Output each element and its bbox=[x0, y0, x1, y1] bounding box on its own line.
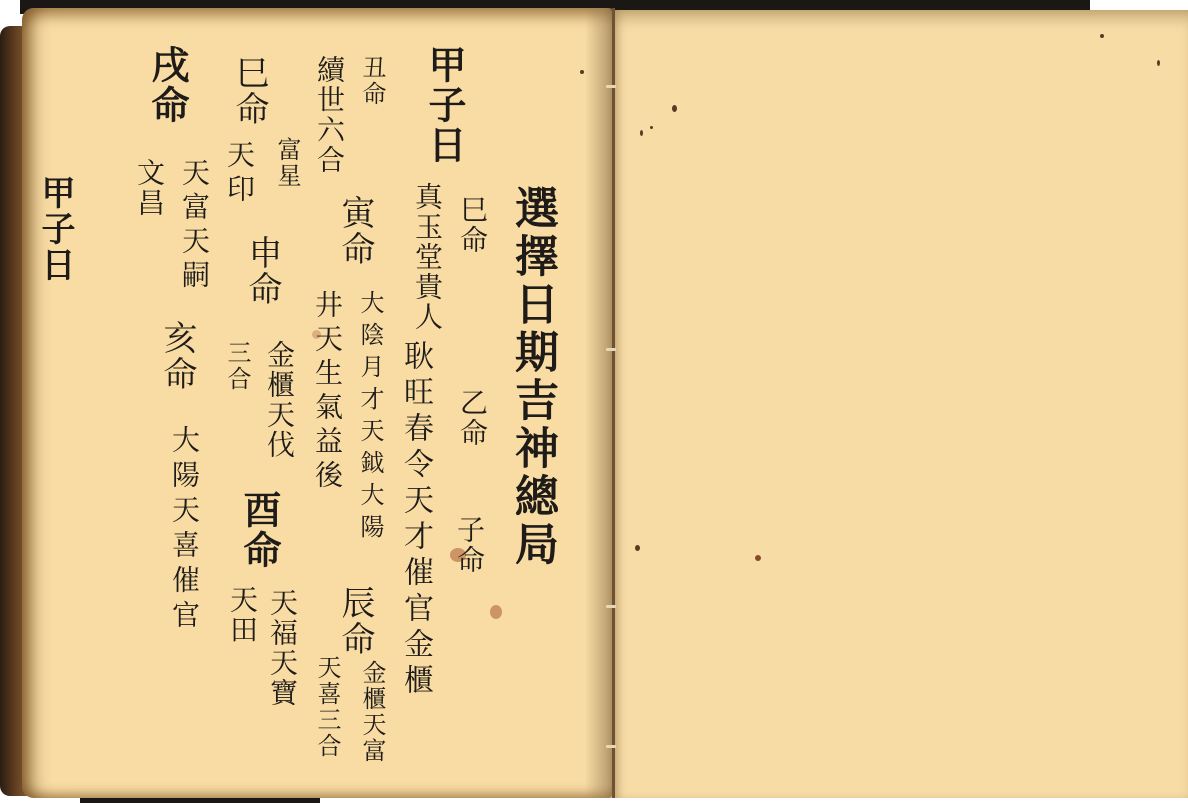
paper-speck bbox=[1100, 34, 1104, 38]
day-heading: 甲子日 bbox=[425, 45, 463, 165]
entry-text: 金櫃天伐 bbox=[265, 340, 293, 460]
entry-text: 天田 bbox=[228, 585, 256, 645]
entry-heading: 酉命 bbox=[240, 490, 278, 570]
binding-stitch bbox=[606, 348, 616, 351]
binding-stitch bbox=[606, 745, 616, 748]
entry-text: 天印 bbox=[225, 140, 253, 208]
entry-heading: 子命 bbox=[455, 515, 483, 575]
entry-text: 續世六合 bbox=[315, 55, 343, 175]
entry-text: 大陽天喜催官 bbox=[170, 425, 198, 635]
paper-speck bbox=[580, 70, 584, 74]
paper-speck bbox=[1157, 60, 1160, 66]
paper-speck bbox=[672, 105, 677, 112]
paper-speck bbox=[755, 555, 761, 561]
entry-text: 天喜三合 bbox=[315, 655, 339, 759]
ink-stain bbox=[490, 605, 502, 619]
paper-speck bbox=[650, 126, 653, 129]
entry-text: 三合 bbox=[225, 340, 249, 392]
entry-heading: 巳命 bbox=[458, 195, 486, 255]
entry-heading: 戌命 bbox=[148, 45, 186, 125]
entry-heading: 亥命 bbox=[160, 320, 194, 392]
page-title: 選擇日期吉神總局 bbox=[510, 185, 554, 569]
binding-stitch bbox=[606, 605, 616, 608]
right-page-blank bbox=[615, 10, 1188, 798]
entry-text: 真玉堂貴人 bbox=[413, 182, 441, 332]
paper-speck bbox=[640, 130, 643, 136]
binding-stitch bbox=[606, 85, 616, 88]
entry-text: 金櫃天富 bbox=[360, 660, 384, 764]
entry-text: 大陰月才天鉞大陽 bbox=[358, 290, 382, 546]
entry-heading: 乙命 bbox=[458, 388, 486, 448]
paper-speck bbox=[635, 545, 640, 551]
entry-heading: 寅命 bbox=[338, 195, 372, 267]
entry-text: 富星 bbox=[275, 137, 299, 189]
entry-heading: 丑命 bbox=[360, 55, 384, 107]
entry-text: 井天生氣益後 bbox=[313, 290, 341, 494]
entry-text: 天富天嗣 bbox=[180, 158, 208, 294]
entry-heading: 辰命 bbox=[338, 585, 372, 657]
entry-text: 耿旺春令天才催官金櫃 bbox=[400, 340, 430, 700]
entry-text: 天福天寶 bbox=[268, 588, 296, 708]
entry-heading: 巳命 bbox=[232, 55, 266, 127]
margin-day-label: 甲子日 bbox=[38, 175, 72, 283]
entry-text: 文昌 bbox=[135, 158, 163, 218]
entry-heading: 申命 bbox=[245, 235, 279, 307]
gutter-shadow bbox=[585, 8, 615, 798]
